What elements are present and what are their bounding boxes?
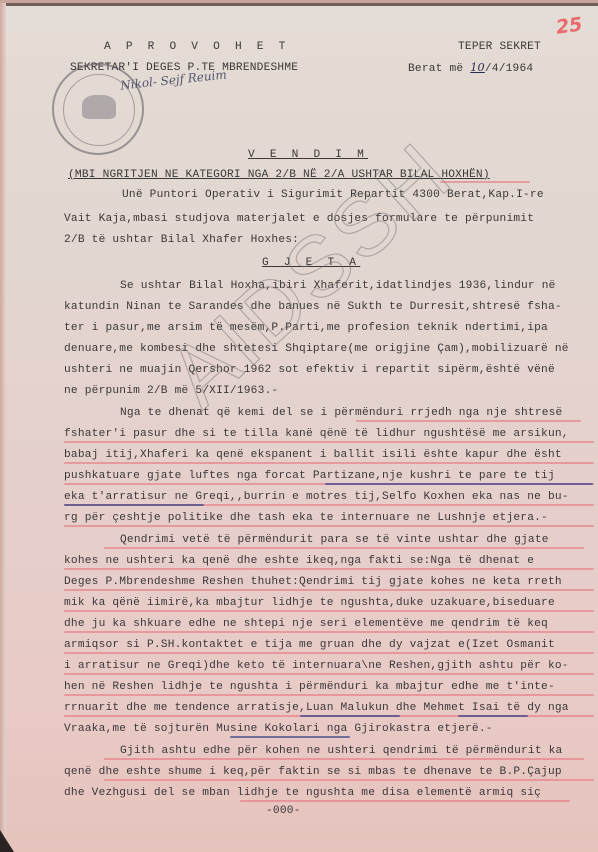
date-day-handwritten: 10 (470, 61, 485, 74)
blue-pencil-underline (300, 715, 400, 717)
document-page: A P R O V O H E T SEKRETAR'I DEGES P.TE … (0, 3, 598, 852)
body-line: pushkatuare gjate luftes nga forcat Part… (64, 469, 555, 483)
body-line: Gjith ashtu edhe për kohen ne ushteri qe… (120, 744, 562, 758)
red-pencil-underline (64, 462, 594, 464)
seal-emblem-icon (82, 95, 116, 119)
red-pencil-underline (104, 758, 584, 760)
body-line: armiqsor si P.SH.kontaktet e tija me gru… (64, 638, 555, 652)
document-title: V E N D I M (248, 148, 368, 162)
body-line: Qendrimi vetë të përmëndurit para se të … (120, 533, 549, 547)
body-line: rrnuarit dhe me tendence arratisje,Luan … (64, 701, 569, 715)
body-line: hen në Reshen lidhje te ngushta i përmën… (64, 680, 555, 694)
body-line: i arratisur ne Greqi)dhe keto të internu… (64, 659, 569, 673)
red-pencil-underline (64, 525, 594, 527)
red-pencil-underline (64, 441, 594, 443)
body-line: qenë dhe eshte shume i keq,për faktin se… (64, 765, 562, 779)
red-pencil-underline (64, 610, 594, 612)
red-pencil-underline (64, 652, 594, 654)
blue-pencil-underline (458, 715, 528, 717)
red-pencil-underline (64, 673, 594, 675)
red-pencil-underline (104, 779, 594, 781)
approval-heading: A P R O V O H E T (104, 40, 290, 54)
blue-pencil-underline (230, 736, 350, 738)
body-line: Vraaka,me të sojturën Musine Kokolari ng… (64, 722, 493, 736)
intro-line: 2/B të ushtar Bilal Xhafer Hoxhes: (64, 233, 299, 247)
red-pencil-underline (64, 589, 594, 591)
body-line: eka t'arratisur ne Greqi,,burrin e motre… (64, 490, 569, 504)
place-date: Berat më 10/4/1964 (408, 61, 533, 76)
date-rest: /4/1964 (485, 63, 533, 75)
red-pencil-underline (104, 547, 584, 549)
body-line: Deges P.Mbrendeshme Reshen thuhet:Qendri… (64, 575, 562, 589)
body-line: ushteri ne muajin Qershor 1962 sot efekt… (64, 363, 555, 377)
place-date-prefix: Berat më (408, 63, 470, 75)
folio-number: 25 (555, 13, 584, 38)
blue-pencil-underline (325, 483, 593, 485)
page-end-mark: -000- (266, 804, 301, 818)
body-line: babaj itij,Xhaferi ka qenë ekspanent i b… (64, 448, 562, 462)
body-line: fshater'i pasur dhe si te tilla kanë qën… (64, 427, 569, 441)
body-line: rg për çeshtje politike dhe tash eka te … (64, 511, 548, 525)
blue-pencil-underline (64, 504, 204, 506)
red-pencil-underline (356, 420, 581, 422)
classification-label: TEPER SEKRET (458, 40, 541, 54)
body-line: mik ka qënë iimirë,ka mbajtur lidhje te … (64, 596, 555, 610)
body-line: dhe Vezhgusi del se mban lidhje te ngush… (64, 786, 541, 800)
body-line: denuare,me kombesi dhe shtetesi Shqiptar… (64, 342, 569, 356)
scan-edge-left (0, 3, 6, 852)
body-line: Nga te dhenat që kemi del se i përmëndur… (120, 406, 562, 420)
red-pencil-underline (64, 631, 594, 633)
scan-edge-top (0, 3, 598, 6)
red-pencil-underline (64, 694, 594, 696)
scan-corner-shadow (0, 830, 14, 852)
body-line: kohes ne ushteri ka qenë dhe eshte ikeq,… (64, 554, 534, 568)
body-line: dhe ju ka shkuare edhe ne shtepi nje ser… (64, 617, 548, 631)
red-pencil-underline (240, 800, 570, 802)
red-pencil-underline (64, 568, 594, 570)
